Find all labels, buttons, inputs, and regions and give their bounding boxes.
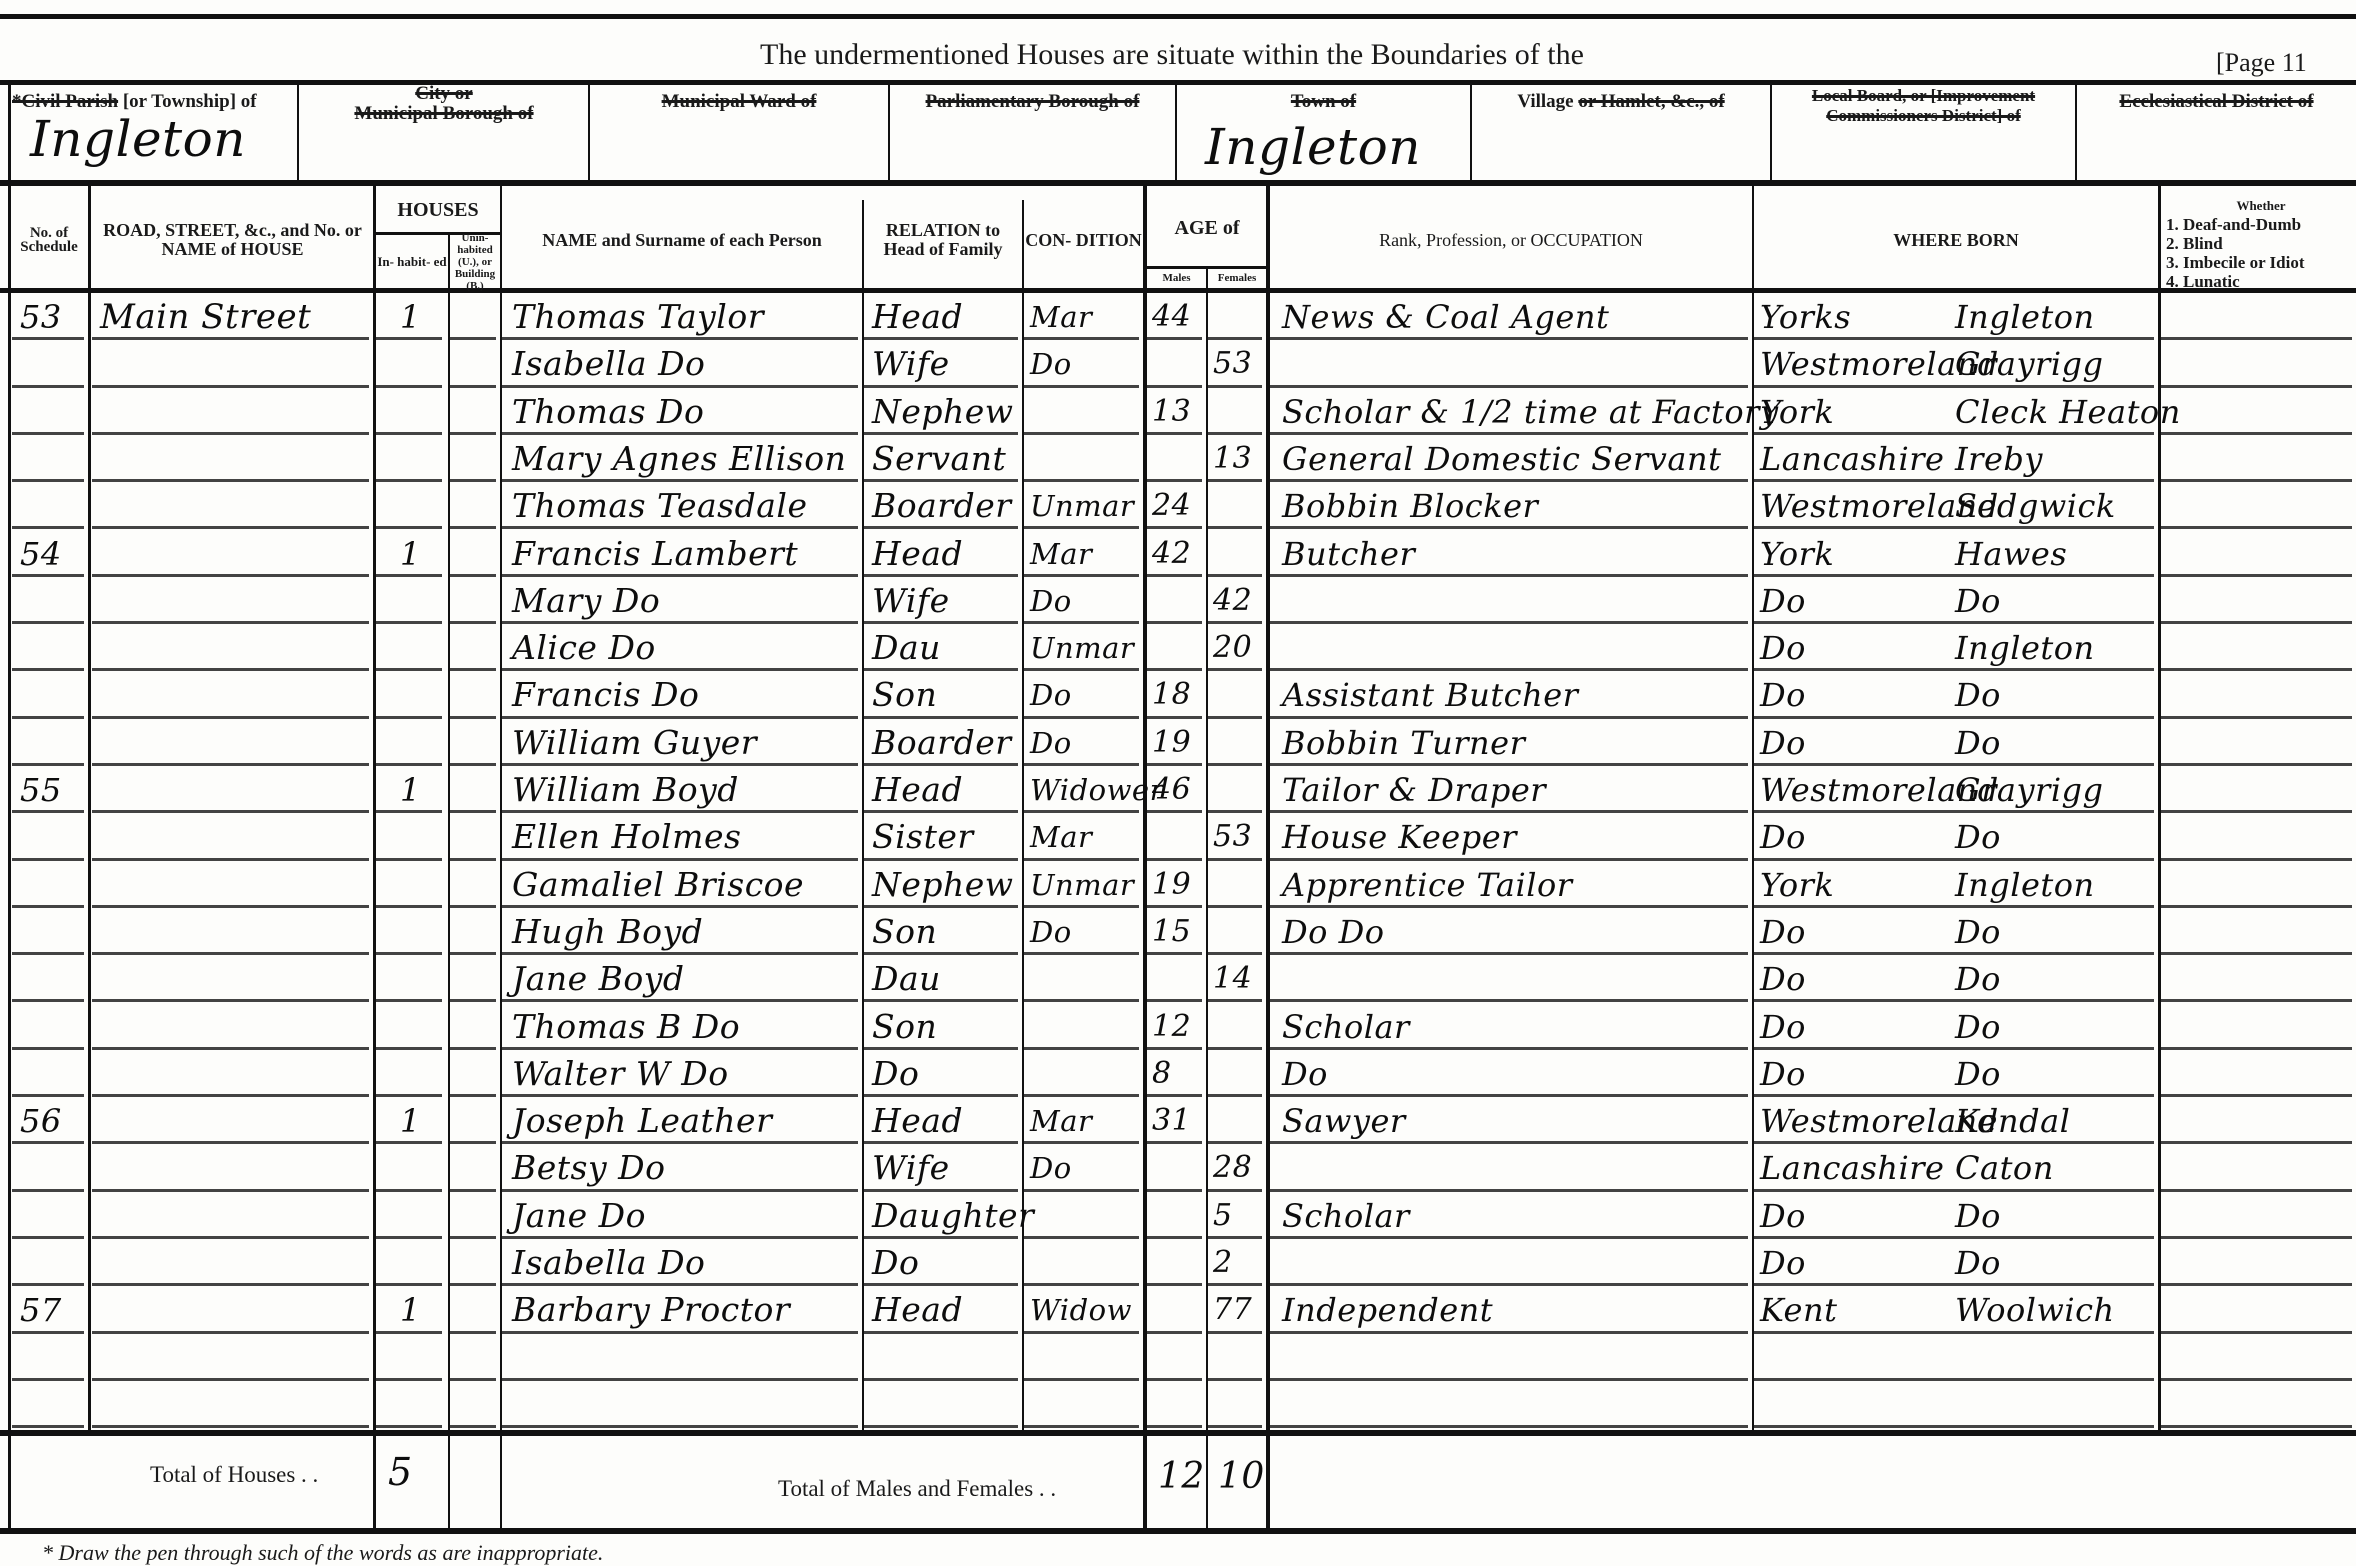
row-rule	[2161, 1425, 2352, 1428]
row-rule	[12, 1425, 84, 1428]
boundary-civil-parish: *Civil Parish [or Township] of	[12, 92, 297, 112]
relation-to-head: Head	[872, 1099, 963, 1143]
table-row: Thomas B DoSon12ScholarDoDo	[0, 1003, 2356, 1049]
birthplace-town: Sedgwick	[1955, 484, 2116, 528]
birthplace-town: Ireby	[1955, 437, 2043, 481]
birthplace-town: Do	[1955, 1052, 2001, 1096]
occupation: Assistant Butcher	[1282, 673, 1578, 717]
header-schedule: No. of Schedule	[10, 190, 88, 290]
marital-condition: Do	[1030, 910, 1072, 954]
person-name: William Boyd	[512, 768, 739, 812]
bottom-border	[0, 1528, 2356, 1534]
birthplace-town: Do	[1955, 1005, 2001, 1049]
age-female: 2	[1213, 1241, 1233, 1285]
birthplace-town: Ingleton	[1955, 863, 2095, 907]
total-houses-value: 5	[388, 1450, 413, 1494]
birthplace-town: Do	[1955, 579, 2001, 623]
struck-label: Municipal Borough of	[300, 104, 588, 124]
age-male: 19	[1152, 721, 1191, 765]
relation-to-head: Dau	[872, 626, 941, 670]
person-name: Gamaliel Briscoe	[512, 863, 804, 907]
birthplace-town: Woolwich	[1955, 1288, 2115, 1332]
infirmity-option: 4. Lunatic	[2166, 272, 2356, 291]
birthplace-county: York	[1760, 863, 1834, 907]
birthplace-county: Do	[1760, 910, 1806, 954]
birthplace-county: Do	[1760, 1241, 1806, 1285]
relation-to-head: Do	[872, 1241, 919, 1285]
header-condition: CON- DITION	[1024, 190, 1143, 290]
person-name: Jane Boyd	[512, 957, 685, 1001]
birthplace-town: Do	[1955, 721, 2001, 765]
birthplace-county: Do	[1760, 721, 1806, 765]
schedule-number: 56	[20, 1099, 62, 1143]
header-relation: RELATION to Head of Family	[864, 190, 1022, 290]
table-row: 551William BoydHeadWidower46Tailor & Dra…	[0, 766, 2356, 812]
relation-to-head: Nephew	[872, 390, 1014, 434]
marital-condition: Mar	[1030, 1099, 1092, 1143]
birthplace-town: Do	[1955, 673, 2001, 717]
age-female: 42	[1213, 579, 1252, 623]
header-inhabited: In- habit- ed	[376, 234, 448, 290]
boundary-local-board: Local Board, or [Improvement Commissione…	[1772, 86, 2075, 126]
occupation: Bobbin Blocker	[1282, 484, 1538, 528]
birthplace-county: Kent	[1760, 1288, 1837, 1332]
occupation: Do Do	[1282, 910, 1385, 954]
header-where-born: WHERE BORN	[1754, 190, 2158, 290]
birthplace-county: Do	[1760, 1052, 1806, 1096]
age-male: 15	[1152, 910, 1191, 954]
marital-condition: Mar	[1030, 532, 1092, 576]
person-name: Thomas Do	[512, 390, 704, 434]
schedule-number: 54	[20, 532, 62, 576]
occupation: Bobbin Turner	[1282, 721, 1525, 765]
occupation: Do	[1282, 1052, 1328, 1096]
top-border	[0, 14, 2356, 19]
relation-to-head: Son	[872, 673, 937, 717]
person-name: William Guyer	[512, 721, 757, 765]
row-rule	[1147, 1425, 1202, 1428]
occupation: General Domestic Servant	[1282, 437, 1721, 481]
relation-to-head: Daughter	[872, 1194, 1034, 1238]
table-row: Isabella DoWifeDo53WestmorelandGrayrigg	[0, 340, 2356, 386]
row-rule	[502, 1425, 858, 1428]
infirmity-option: 3. Imbecile or Idiot	[2166, 253, 2356, 272]
birthplace-county: York	[1760, 532, 1834, 576]
birthplace-town: Do	[1955, 957, 2001, 1001]
occupation: Independent	[1282, 1288, 1493, 1332]
relation-to-head: Son	[872, 910, 937, 954]
road-street: Main Street	[100, 295, 311, 339]
table-row: 53Main Street1Thomas TaylorHeadMar44News…	[0, 293, 2356, 339]
age-female: 5	[1213, 1194, 1233, 1238]
occupation: Scholar	[1282, 1005, 1410, 1049]
person-name: Thomas Taylor	[512, 295, 764, 339]
marital-condition: Unmar	[1030, 626, 1134, 670]
table-row: Gamaliel BriscoeNephewUnmar19Apprentice …	[0, 861, 2356, 907]
age-male: 19	[1152, 863, 1191, 907]
occupation: Apprentice Tailor	[1282, 863, 1573, 907]
birthplace-town: Do	[1955, 910, 2001, 954]
boundary-town: Town of	[1177, 92, 1470, 112]
birthplace-county: Yorks	[1760, 295, 1851, 339]
relation-to-head: Dau	[872, 957, 941, 1001]
kept-label: Village	[1517, 91, 1573, 112]
marital-condition: Unmar	[1030, 863, 1134, 907]
age-male: 13	[1152, 390, 1191, 434]
birthplace-town: Ingleton	[1955, 295, 2095, 339]
birthplace-town: Caton	[1955, 1146, 2054, 1190]
relation-to-head: Head	[872, 768, 963, 812]
row-rule	[1208, 1425, 1262, 1428]
row-rule	[92, 1425, 369, 1428]
birthplace-town: Hawes	[1955, 532, 2067, 576]
relation-to-head: Head	[872, 295, 963, 339]
civil-parish-value: Ingleton	[30, 110, 246, 168]
age-male: 44	[1152, 295, 1191, 339]
table-row: Alice DoDauUnmar20DoIngleton	[0, 624, 2356, 670]
occupation: Tailor & Draper	[1282, 768, 1546, 812]
age-female: 77	[1213, 1288, 1252, 1332]
birthplace-town: Cleck Heaton	[1955, 390, 2181, 434]
birthplace-county: Do	[1760, 579, 1806, 623]
inhabited-count: 1	[400, 1288, 421, 1332]
total-persons-label: Total of Males and Females . .	[778, 1476, 1056, 1502]
person-name: Thomas B Do	[512, 1005, 740, 1049]
table-row: Isabella DoDo2DoDo	[0, 1239, 2356, 1285]
relation-to-head: Boarder	[872, 484, 1012, 528]
age-male: 46	[1152, 768, 1191, 812]
person-name: Joseph Leather	[512, 1099, 772, 1143]
birthplace-town: Do	[1955, 815, 2001, 859]
birthplace-town: Do	[1955, 1241, 2001, 1285]
table-row: Thomas TeasdaleBoarderUnmar24Bobbin Bloc…	[0, 482, 2356, 528]
table-row	[0, 1334, 2356, 1380]
infirmity-title: Whether	[2166, 196, 2356, 215]
occupation: Sawyer	[1282, 1099, 1406, 1143]
age-male: 12	[1152, 1005, 1191, 1049]
relation-to-head: Wife	[872, 1146, 950, 1190]
birthplace-town: Kendal	[1955, 1099, 2070, 1143]
age-female: 53	[1213, 815, 1252, 859]
age-female: 13	[1213, 437, 1252, 481]
table-row: Mary Agnes EllisonServant13General Domes…	[0, 435, 2356, 481]
row-rule	[450, 1425, 496, 1428]
header-road: ROAD, STREET, &c., and No. or NAME of HO…	[92, 190, 373, 290]
table-row: William GuyerBoarderDo19Bobbin TurnerDoD…	[0, 719, 2356, 765]
inhabited-count: 1	[400, 1099, 421, 1143]
relation-to-head: Wife	[872, 579, 950, 623]
age-male: 42	[1152, 532, 1191, 576]
schedule-number: 57	[20, 1288, 62, 1332]
page-title: The undermentioned Houses are situate wi…	[760, 38, 1584, 72]
age-male: 8	[1152, 1052, 1172, 1096]
birthplace-county: Do	[1760, 957, 1806, 1001]
header-name: NAME and Surname of each Person	[502, 190, 862, 290]
boundary-municipal-borough: City or Municipal Borough of	[300, 84, 588, 124]
schedule-number: 55	[20, 768, 62, 812]
header-males: Males	[1147, 268, 1206, 288]
birthplace-town: Grayrigg	[1955, 768, 2104, 812]
marital-condition: Do	[1030, 1146, 1072, 1190]
header-occupation: Rank, Profession, or OCCUPATION	[1270, 190, 1752, 290]
person-name: Francis Do	[512, 673, 699, 717]
table-row: Thomas DoNephew13Scholar & 1/2 time at F…	[0, 388, 2356, 434]
relation-to-head: Head	[872, 1288, 963, 1332]
occupation: House Keeper	[1282, 815, 1517, 859]
page-number: [Page 11	[2216, 48, 2307, 78]
occupation: News & Coal Agent	[1282, 295, 1609, 339]
relation-to-head: Do	[872, 1052, 919, 1096]
row-rule	[864, 1425, 1018, 1428]
boundary-village: Village or Hamlet, &c., of	[1472, 92, 1770, 112]
relation-to-head: Head	[872, 532, 963, 576]
table-row: 571Barbary ProctorHeadWidow77Independent…	[0, 1286, 2356, 1332]
person-name: Hugh Boyd	[512, 910, 703, 954]
table-row: Betsy DoWifeDo28LancashireCaton	[0, 1144, 2356, 1190]
age-male: 24	[1152, 484, 1191, 528]
marital-condition: Widower	[1030, 768, 1164, 812]
header-houses: HOUSES	[376, 188, 500, 232]
age-female: 20	[1213, 626, 1252, 670]
struck-label: City or	[300, 84, 588, 104]
table-row: Ellen HolmesSisterMar53House KeeperDoDo	[0, 813, 2356, 859]
marital-condition: Do	[1030, 721, 1072, 765]
header-females: Females	[1208, 268, 1266, 288]
age-female: 53	[1213, 342, 1252, 386]
boundary-ecclesiastical-district: Ecclesiastical District of	[2077, 92, 2356, 112]
relation-to-head: Nephew	[872, 863, 1014, 907]
birthplace-county: York	[1760, 390, 1834, 434]
person-name: Jane Do	[512, 1194, 646, 1238]
table-row: Hugh BoydSonDo15Do DoDoDo	[0, 908, 2356, 954]
footnote: * Draw the pen through such of the words…	[42, 1540, 603, 1566]
age-male: 18	[1152, 673, 1191, 717]
boundary-parliamentary-borough: Parliamentary Borough of	[890, 92, 1175, 112]
row-rule	[376, 1425, 442, 1428]
relation-to-head: Servant	[872, 437, 1006, 481]
occupation: Butcher	[1282, 532, 1415, 576]
person-name: Ellen Holmes	[512, 815, 741, 859]
birthplace-county: Lancashire	[1760, 1146, 1944, 1190]
marital-condition: Mar	[1030, 295, 1092, 339]
struck-label: or Hamlet, &c., of	[1578, 91, 1724, 112]
marital-condition: Do	[1030, 673, 1072, 717]
person-name: Mary Agnes Ellison	[512, 437, 846, 481]
row-rule	[1754, 1425, 2154, 1428]
marital-condition: Widow	[1030, 1288, 1132, 1332]
infirmity-option: 1. Deaf-and-Dumb	[2166, 215, 2356, 234]
infirmity-option: 2. Blind	[2166, 234, 2356, 253]
birthplace-county: Do	[1760, 1005, 1806, 1049]
birthplace-town: Ingleton	[1955, 626, 2095, 670]
census-page: The undermentioned Houses are situate wi…	[0, 0, 2356, 1566]
table-row: Jane BoydDau14DoDo	[0, 955, 2356, 1001]
marital-condition: Do	[1030, 342, 1072, 386]
birthplace-county: Lancashire	[1760, 437, 1944, 481]
total-houses-label: Total of Houses . .	[150, 1462, 318, 1488]
boundary-municipal-ward: Municipal Ward of	[590, 92, 888, 112]
occupation: Scholar	[1282, 1194, 1410, 1238]
table-row: Mary DoWifeDo42DoDo	[0, 577, 2356, 623]
table-row: Jane DoDaughter5ScholarDoDo	[0, 1192, 2356, 1238]
person-name: Mary Do	[512, 579, 660, 623]
person-name: Barbary Proctor	[512, 1288, 790, 1332]
birthplace-town: Grayrigg	[1955, 342, 2104, 386]
totals-divider	[0, 1430, 2356, 1436]
birthplace-county: Do	[1760, 626, 1806, 670]
inhabited-count: 1	[400, 295, 421, 339]
row-rule	[1024, 1425, 1139, 1428]
age-female: 28	[1213, 1146, 1252, 1190]
struck-label: *Civil Parish	[12, 91, 118, 112]
person-name: Francis Lambert	[512, 532, 798, 576]
relation-to-head: Son	[872, 1005, 937, 1049]
marital-condition: Mar	[1030, 815, 1092, 859]
age-female: 14	[1213, 957, 1252, 1001]
person-name: Alice Do	[512, 626, 656, 670]
schedule-number: 53	[20, 295, 62, 339]
person-name: Isabella Do	[512, 1241, 705, 1285]
birthplace-county: Do	[1760, 815, 1806, 859]
birthplace-town: Do	[1955, 1194, 2001, 1238]
table-row: Walter W DoDo8DoDoDo	[0, 1050, 2356, 1096]
header-infirmity: Whether 1. Deaf-and-Dumb 2. Blind 3. Imb…	[2166, 196, 2356, 291]
relation-to-head: Wife	[872, 342, 950, 386]
kept-label: [or Township] of	[123, 91, 257, 112]
relation-to-head: Boarder	[872, 721, 1012, 765]
inhabited-count: 1	[400, 532, 421, 576]
birthplace-county: Do	[1760, 1194, 1806, 1238]
person-name: Isabella Do	[512, 342, 705, 386]
total-males-value: 12	[1158, 1456, 1205, 1497]
table-row	[0, 1381, 2356, 1427]
birthplace-county: Do	[1760, 673, 1806, 717]
table-row: Francis DoSonDo18Assistant ButcherDoDo	[0, 671, 2356, 717]
person-name: Betsy Do	[512, 1146, 665, 1190]
table-row: 541Francis LambertHeadMar42ButcherYorkHa…	[0, 530, 2356, 576]
boundary-divider	[0, 180, 2356, 186]
relation-to-head: Sister	[872, 815, 974, 859]
inhabited-count: 1	[400, 768, 421, 812]
header-uninhabited: Unin- habited (U.), or Building (B.)	[450, 234, 500, 290]
header-age: AGE of	[1147, 190, 1267, 266]
table-row: 561Joseph LeatherHeadMar31SawyerWestmore…	[0, 1097, 2356, 1143]
row-rule	[1270, 1425, 1748, 1428]
occupation: Scholar & 1/2 time at Factory	[1282, 390, 1779, 434]
age-male: 31	[1152, 1099, 1191, 1143]
total-females-value: 10	[1218, 1456, 1265, 1497]
person-name: Walter W Do	[512, 1052, 729, 1096]
person-name: Thomas Teasdale	[512, 484, 808, 528]
town-value: Ingleton	[1205, 118, 1421, 176]
boundary-sep	[297, 82, 299, 182]
marital-condition: Do	[1030, 579, 1072, 623]
marital-condition: Unmar	[1030, 484, 1134, 528]
